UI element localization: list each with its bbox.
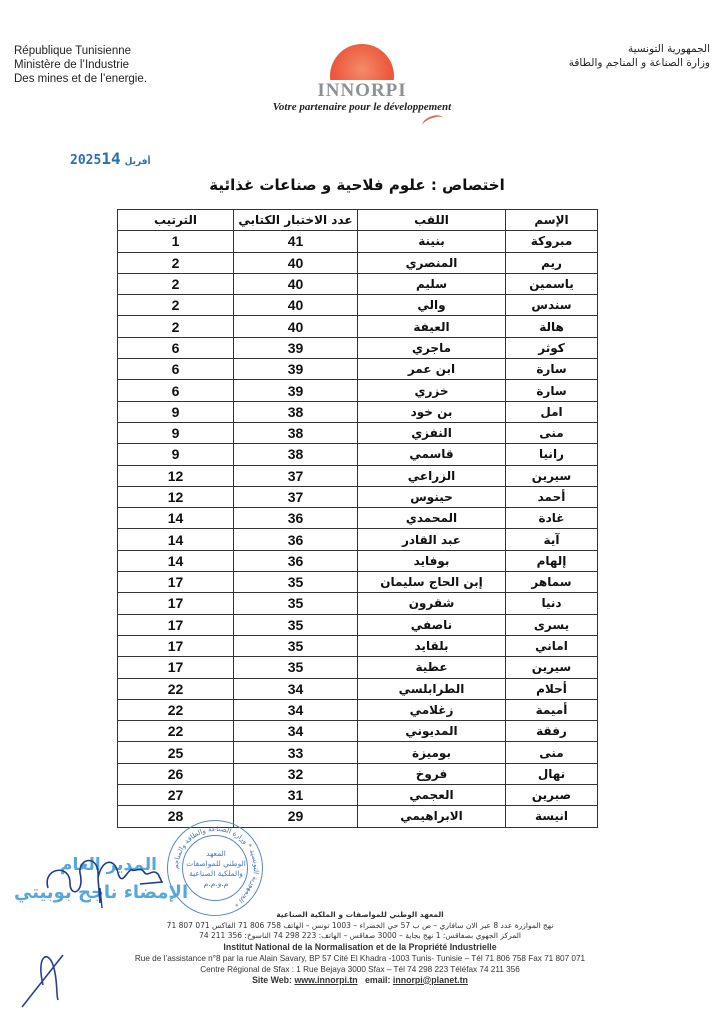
- cell-last-name: العجمي: [358, 785, 506, 806]
- table-row: املبن خود389: [118, 401, 598, 422]
- stamp-text: المعهد الوطني للمواصفات والملكية الصناعي…: [183, 849, 249, 889]
- table-row: صبرينالعجمي3127: [118, 785, 598, 806]
- cell-rank: 2: [118, 295, 234, 316]
- table-row: هالةالعيفة402: [118, 316, 598, 337]
- table-row: منىالنفزي389: [118, 422, 598, 443]
- cell-last-name: حينوس: [358, 486, 506, 507]
- cell-first-name: رفقة: [506, 721, 598, 742]
- cell-last-name: عطية: [358, 657, 506, 678]
- footer-institute-fr: Institut National de la Normalisation et…: [110, 942, 610, 953]
- cell-score: 40: [234, 273, 358, 294]
- ministry-label: Ministère de l’Industrie: [14, 58, 147, 72]
- cell-first-name: سارة: [506, 359, 598, 380]
- logo-tagline: Votre partenaire pour le développement: [262, 101, 462, 113]
- cell-last-name: إبن الحاج سليمان: [358, 572, 506, 593]
- col-header-first-name: الإسم: [506, 210, 598, 231]
- cell-last-name: النفزي: [358, 422, 506, 443]
- cell-rank: 17: [118, 635, 234, 656]
- cell-first-name: هالة: [506, 316, 598, 337]
- cell-rank: 26: [118, 763, 234, 784]
- cell-rank: 17: [118, 657, 234, 678]
- table-row: دنياشقرون3517: [118, 593, 598, 614]
- table-row: رانياقاسمي389: [118, 444, 598, 465]
- table-row: سارةخزري396: [118, 380, 598, 401]
- cell-first-name: منى: [506, 422, 598, 443]
- cell-last-name: الطرابلسي: [358, 678, 506, 699]
- cell-rank: 14: [118, 508, 234, 529]
- cell-rank: 12: [118, 486, 234, 507]
- table-row: ياسمينسليم402: [118, 273, 598, 294]
- cell-first-name: إلهام: [506, 550, 598, 571]
- cell-rank: 22: [118, 678, 234, 699]
- footer: المعهد الوطني للمواصفات و الملكية الصناع…: [110, 910, 610, 986]
- cell-score: 37: [234, 486, 358, 507]
- cell-rank: 9: [118, 422, 234, 443]
- cell-first-name: أميمة: [506, 699, 598, 720]
- cell-rank: 6: [118, 380, 234, 401]
- cell-score: 35: [234, 572, 358, 593]
- cell-score: 32: [234, 763, 358, 784]
- cell-first-name: سيرين: [506, 657, 598, 678]
- cell-first-name: سيرين: [506, 465, 598, 486]
- table-row: منىبوميزة3325: [118, 742, 598, 763]
- cell-last-name: خزري: [358, 380, 506, 401]
- cell-score: 33: [234, 742, 358, 763]
- date-month: أفريل: [125, 157, 151, 167]
- republic-label-ar: الجمهورية التونسية: [569, 42, 710, 56]
- footer-institute-ar: المعهد الوطني للمواصفات و الملكية الصناع…: [110, 910, 610, 921]
- cell-last-name: بلقايد: [358, 635, 506, 656]
- cell-score: 38: [234, 422, 358, 443]
- cell-score: 41: [234, 231, 358, 252]
- ministry-sub-label: Des mines et de l’energie.: [14, 72, 147, 86]
- footer-address-ar: نهج الموازرة عدد 8 عبر الان سافاري – ص ب…: [110, 921, 610, 932]
- cell-score: 39: [234, 380, 358, 401]
- cell-last-name: الزراعي: [358, 465, 506, 486]
- cell-first-name: انيسة: [506, 806, 598, 827]
- cell-score: 35: [234, 593, 358, 614]
- cell-score: 35: [234, 635, 358, 656]
- cell-score: 39: [234, 337, 358, 358]
- cell-last-name: بوفايد: [358, 550, 506, 571]
- cell-rank: 6: [118, 337, 234, 358]
- cell-rank: 17: [118, 614, 234, 635]
- cell-score: 36: [234, 550, 358, 571]
- cell-last-name: العيفة: [358, 316, 506, 337]
- date-day: 14: [101, 149, 120, 168]
- cell-first-name: سارة: [506, 380, 598, 401]
- cell-first-name: ياسمين: [506, 273, 598, 294]
- swoosh-icon: [421, 113, 446, 132]
- email-link[interactable]: innorpi@planet.tn: [393, 975, 468, 985]
- cell-score: 37: [234, 465, 358, 486]
- table-row: أميمةزغلامي3422: [118, 699, 598, 720]
- cell-score: 38: [234, 444, 358, 465]
- cell-last-name: والي: [358, 295, 506, 316]
- table-row: مبروكةبنينة411: [118, 231, 598, 252]
- cell-score: 40: [234, 316, 358, 337]
- table-row: امانيبلقايد3517: [118, 635, 598, 656]
- innorpi-logo: INNORPI Votre partenaire pour le dévelop…: [262, 40, 462, 120]
- cell-first-name: يسرى: [506, 614, 598, 635]
- cell-last-name: الابراهيمي: [358, 806, 506, 827]
- cell-score: 34: [234, 699, 358, 720]
- date-year: 2025: [70, 153, 101, 168]
- cell-first-name: نهال: [506, 763, 598, 784]
- cell-first-name: آية: [506, 529, 598, 550]
- cell-first-name: غادة: [506, 508, 598, 529]
- cell-rank: 9: [118, 444, 234, 465]
- cell-first-name: منى: [506, 742, 598, 763]
- web-label: Site Web:: [252, 975, 292, 985]
- header-left-french: République Tunisienne Ministère de l’Ind…: [14, 44, 147, 86]
- initials-icon: [18, 945, 68, 1010]
- col-header-last-name: اللقب: [358, 210, 506, 231]
- cell-last-name: المحمدي: [358, 508, 506, 529]
- table-row: رفقةالمديوني3422: [118, 721, 598, 742]
- cell-last-name: ماجري: [358, 337, 506, 358]
- cell-score: 40: [234, 295, 358, 316]
- signature-scribble-icon: [40, 848, 170, 908]
- table-row: إلهامبوفايد3614: [118, 550, 598, 571]
- cell-last-name: بن خود: [358, 401, 506, 422]
- cell-first-name: أحلام: [506, 678, 598, 699]
- cell-last-name: بوميزة: [358, 742, 506, 763]
- cell-rank: 2: [118, 273, 234, 294]
- col-header-rank: الترتيب: [118, 210, 234, 231]
- cell-rank: 27: [118, 785, 234, 806]
- cell-first-name: مبروكة: [506, 231, 598, 252]
- stamp-inner-circle: المعهد الوطني للمواصفات والملكية الصناعي…: [182, 835, 248, 901]
- cell-score: 38: [234, 401, 358, 422]
- table-row: سماهرإبن الحاج سليمان3517: [118, 572, 598, 593]
- cell-last-name: قاسمي: [358, 444, 506, 465]
- cell-last-name: ابن عمر: [358, 359, 506, 380]
- table-row: آيةعبد القادر3614: [118, 529, 598, 550]
- cell-first-name: أحمد: [506, 486, 598, 507]
- table-row: أحمدحينوس3712: [118, 486, 598, 507]
- cell-score: 39: [234, 359, 358, 380]
- ministry-label-ar: وزارة الصناعة و المناجم والطاقة: [569, 56, 710, 70]
- logo-name: INNORPI: [262, 80, 462, 102]
- cell-score: 40: [234, 252, 358, 273]
- table-row: سيرينالزراعي3712: [118, 465, 598, 486]
- cell-first-name: امل: [506, 401, 598, 422]
- cell-last-name: زغلامي: [358, 699, 506, 720]
- cell-score: 31: [234, 785, 358, 806]
- cell-last-name: بنينة: [358, 231, 506, 252]
- cell-rank: 14: [118, 529, 234, 550]
- table-row: نهالفروخ3226: [118, 763, 598, 784]
- cell-rank: 17: [118, 593, 234, 614]
- table-row: يسرىناصفي3517: [118, 614, 598, 635]
- cell-last-name: عبد القادر: [358, 529, 506, 550]
- cell-last-name: شقرون: [358, 593, 506, 614]
- table-row: سارةابن عمر396: [118, 359, 598, 380]
- cell-rank: 2: [118, 316, 234, 337]
- cell-rank: 22: [118, 721, 234, 742]
- results-table: الإسم اللقب عدد الاختبار الكتابي الترتيب…: [117, 209, 598, 828]
- footer-regional-ar: المركز الجهوي بصفاقس: 1 نهج بجاية – 3000…: [110, 931, 610, 942]
- website-link[interactable]: www.innorpi.tn: [294, 975, 357, 985]
- cell-last-name: فروخ: [358, 763, 506, 784]
- stamp-line: الوطني للمواصفات: [183, 859, 249, 869]
- cell-last-name: المديوني: [358, 721, 506, 742]
- cell-first-name: صبرين: [506, 785, 598, 806]
- table-row: سندسوالي402: [118, 295, 598, 316]
- cell-first-name: رانيا: [506, 444, 598, 465]
- cell-first-name: سندس: [506, 295, 598, 316]
- cell-score: 34: [234, 678, 358, 699]
- cell-rank: 25: [118, 742, 234, 763]
- cell-first-name: اماني: [506, 635, 598, 656]
- cell-first-name: ريم: [506, 252, 598, 273]
- cell-first-name: سماهر: [506, 572, 598, 593]
- footer-address-fr: Rue de l’assistance n°8 par la rue Alain…: [110, 953, 610, 964]
- stamp-line: المعهد: [183, 849, 249, 859]
- republic-label: République Tunisienne: [14, 44, 147, 58]
- cell-rank: 1: [118, 231, 234, 252]
- table-row: سيرينعطية3517: [118, 657, 598, 678]
- table-row: كوثرماجري396: [118, 337, 598, 358]
- cell-score: 34: [234, 721, 358, 742]
- cell-score: 36: [234, 529, 358, 550]
- table-header-row: الإسم اللقب عدد الاختبار الكتابي الترتيب: [118, 210, 598, 231]
- cell-rank: 2: [118, 252, 234, 273]
- page-title: اختصاص : علوم فلاحية و صناعات غذائية: [117, 176, 597, 194]
- cell-score: 36: [234, 508, 358, 529]
- table-row: غادةالمحمدي3614: [118, 508, 598, 529]
- cell-score: 35: [234, 614, 358, 635]
- cell-rank: 12: [118, 465, 234, 486]
- table-row: أحلامالطرابلسي3422: [118, 678, 598, 699]
- cell-rank: 17: [118, 572, 234, 593]
- footer-contact: Site Web: www.innorpi.tn email: innorpi@…: [110, 975, 610, 986]
- cell-last-name: سليم: [358, 273, 506, 294]
- cell-first-name: كوثر: [506, 337, 598, 358]
- table-body: مبروكةبنينة411ريمالمنصري402ياسمينسليم402…: [118, 231, 598, 827]
- cell-rank: 6: [118, 359, 234, 380]
- stamp-line: والملكية الصناعية: [183, 869, 249, 879]
- cell-last-name: ناصفي: [358, 614, 506, 635]
- cell-last-name: المنصري: [358, 252, 506, 273]
- header-right-arabic: الجمهورية التونسية وزارة الصناعة و المنا…: [569, 42, 710, 70]
- table-row: ريمالمنصري402: [118, 252, 598, 273]
- cell-rank: 9: [118, 401, 234, 422]
- footer-regional-fr: Centre Régional de Sfax : 1 Rue Bejaya 3…: [110, 964, 610, 975]
- col-header-score: عدد الاختبار الكتابي: [234, 210, 358, 231]
- cell-rank: 14: [118, 550, 234, 571]
- cell-first-name: دنيا: [506, 593, 598, 614]
- date-stamp: 2025أفريل14: [70, 149, 155, 168]
- cell-score: 35: [234, 657, 358, 678]
- stamp-line: م.و.م.م: [183, 879, 249, 889]
- email-label: email:: [365, 975, 390, 985]
- cell-rank: 22: [118, 699, 234, 720]
